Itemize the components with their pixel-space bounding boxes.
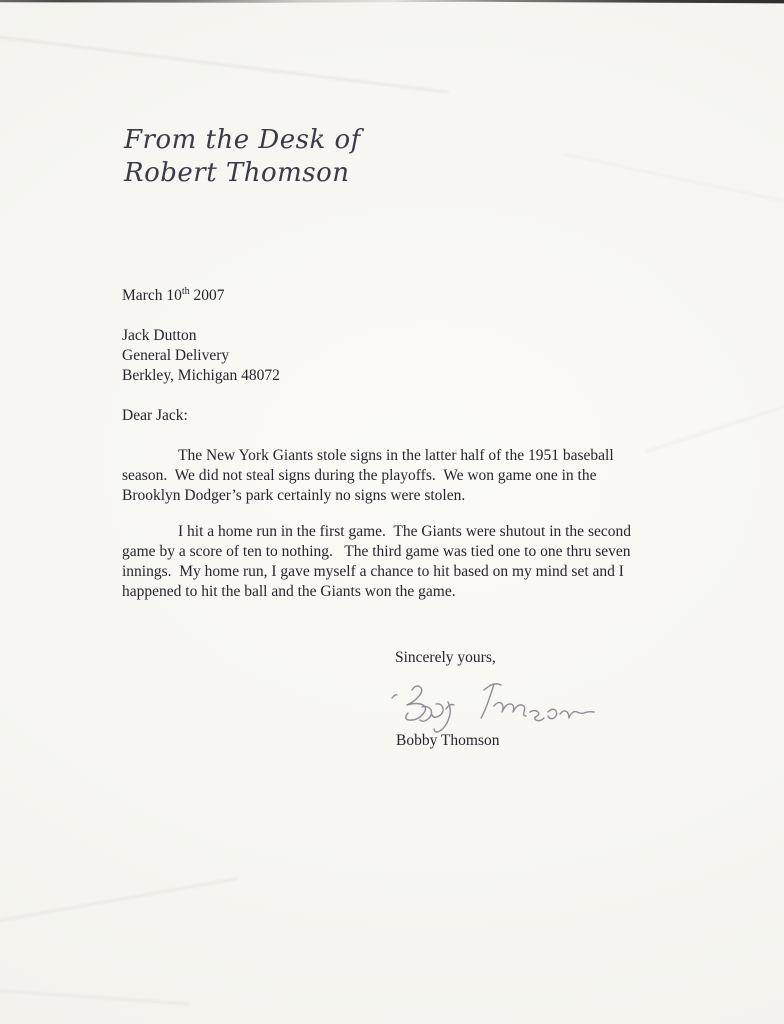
handwritten-signature <box>388 676 598 738</box>
scanned-letter-page: From the Desk of Robert Thomson March 10… <box>0 0 784 1024</box>
paper-crease <box>563 153 784 209</box>
date-suffix: 2007 <box>190 287 225 304</box>
valediction: Sincerely yours, <box>395 648 496 668</box>
scanner-edge-artifact <box>0 0 784 4</box>
paper-crease <box>0 877 238 924</box>
paper-crease <box>645 389 784 453</box>
letterhead: From the Desk of Robert Thomson <box>124 124 361 190</box>
letterhead-line1: From the Desk of <box>124 124 361 157</box>
letterhead-line2: Robert Thomson <box>124 157 361 190</box>
salutation: Dear Jack: <box>122 406 188 426</box>
paper-crease <box>0 33 448 93</box>
body-paragraph-2: I hit a home run in the first game. The … <box>122 522 631 602</box>
body-paragraph-1: The New York Giants stole signs in the l… <box>122 446 614 506</box>
typed-signature-name: Bobby Thomson <box>396 731 500 751</box>
date-prefix: March 10 <box>122 287 182 304</box>
recipient-address-block: Jack Dutton General Delivery Berkley, Mi… <box>122 326 280 386</box>
date-line: March 10th 2007 <box>122 286 224 306</box>
date-ordinal-superscript: th <box>182 286 190 297</box>
paper-crease <box>0 989 190 1005</box>
